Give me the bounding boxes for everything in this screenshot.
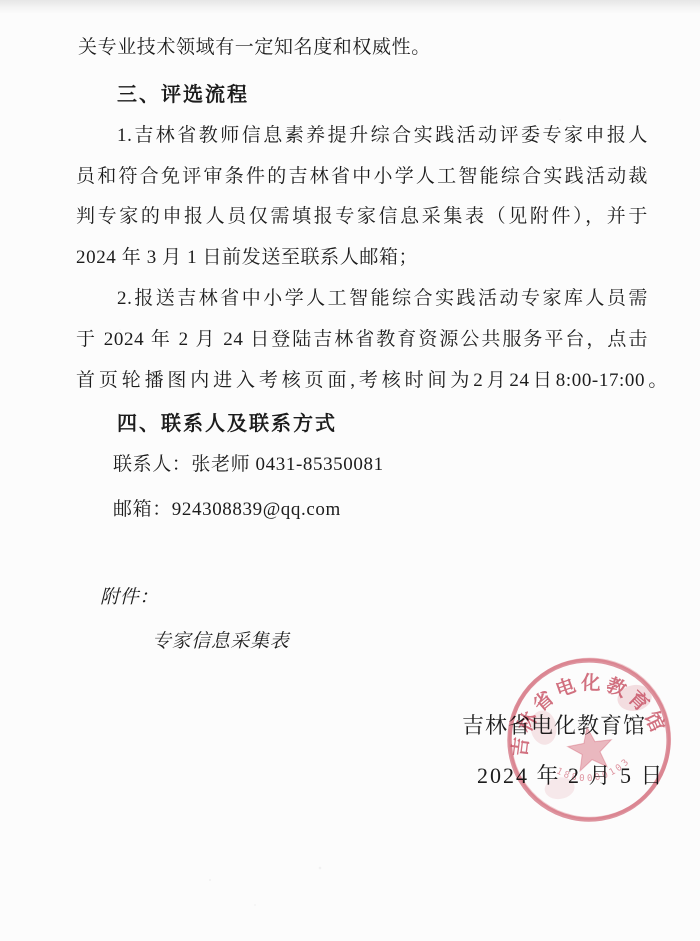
star-icon: [565, 724, 615, 772]
paragraph2-line3: 首页轮播图内进入考核页面,考核时间为2月24日8:00-17:00。: [76, 369, 668, 395]
paragraph1-line3: 判专家的申报人员仅需填报专家信息采集表（见附件），并于: [76, 205, 648, 231]
paragraph1-line1: 1.吉林省教师信息素养提升综合实践活动评委专家申报人: [117, 124, 648, 150]
scanned-document-page: 关专业技术领域有一定知名度和权威性。 三、评选流程 1.吉林省教师信息素养提升综…: [0, 0, 700, 941]
paragraph1-line2: 员和符合免评审条件的吉林省中小学人工智能综合实践活动裁: [76, 165, 648, 191]
official-seal: 吉林省电化教育馆 1880000103: [491, 644, 687, 837]
paragraph1-line4: 2024 年 3 月 1 日前发送至联系人邮箱；: [76, 246, 418, 270]
attachment-label: 附件：: [100, 586, 159, 610]
paragraph2-line1: 2.报送吉林省中小学人工智能综合实践活动专家库人员需: [117, 287, 648, 313]
section-heading-4: 四、联系人及联系方式: [117, 412, 337, 436]
contact-line: 联系人：张老师 0431-85350081: [113, 453, 384, 477]
attachment-title: 专家信息采集表: [152, 630, 289, 654]
body-text-line: 关专业技术领域有一定知名度和权威性。: [78, 36, 431, 60]
section-heading-3: 三、评选流程: [117, 83, 249, 107]
email-line: 邮箱：924308839@qq.com: [113, 498, 341, 522]
paragraph2-line2: 于 2024 年 2 月 24 日登陆吉林省教育资源公共服务平台，点击: [76, 328, 648, 354]
